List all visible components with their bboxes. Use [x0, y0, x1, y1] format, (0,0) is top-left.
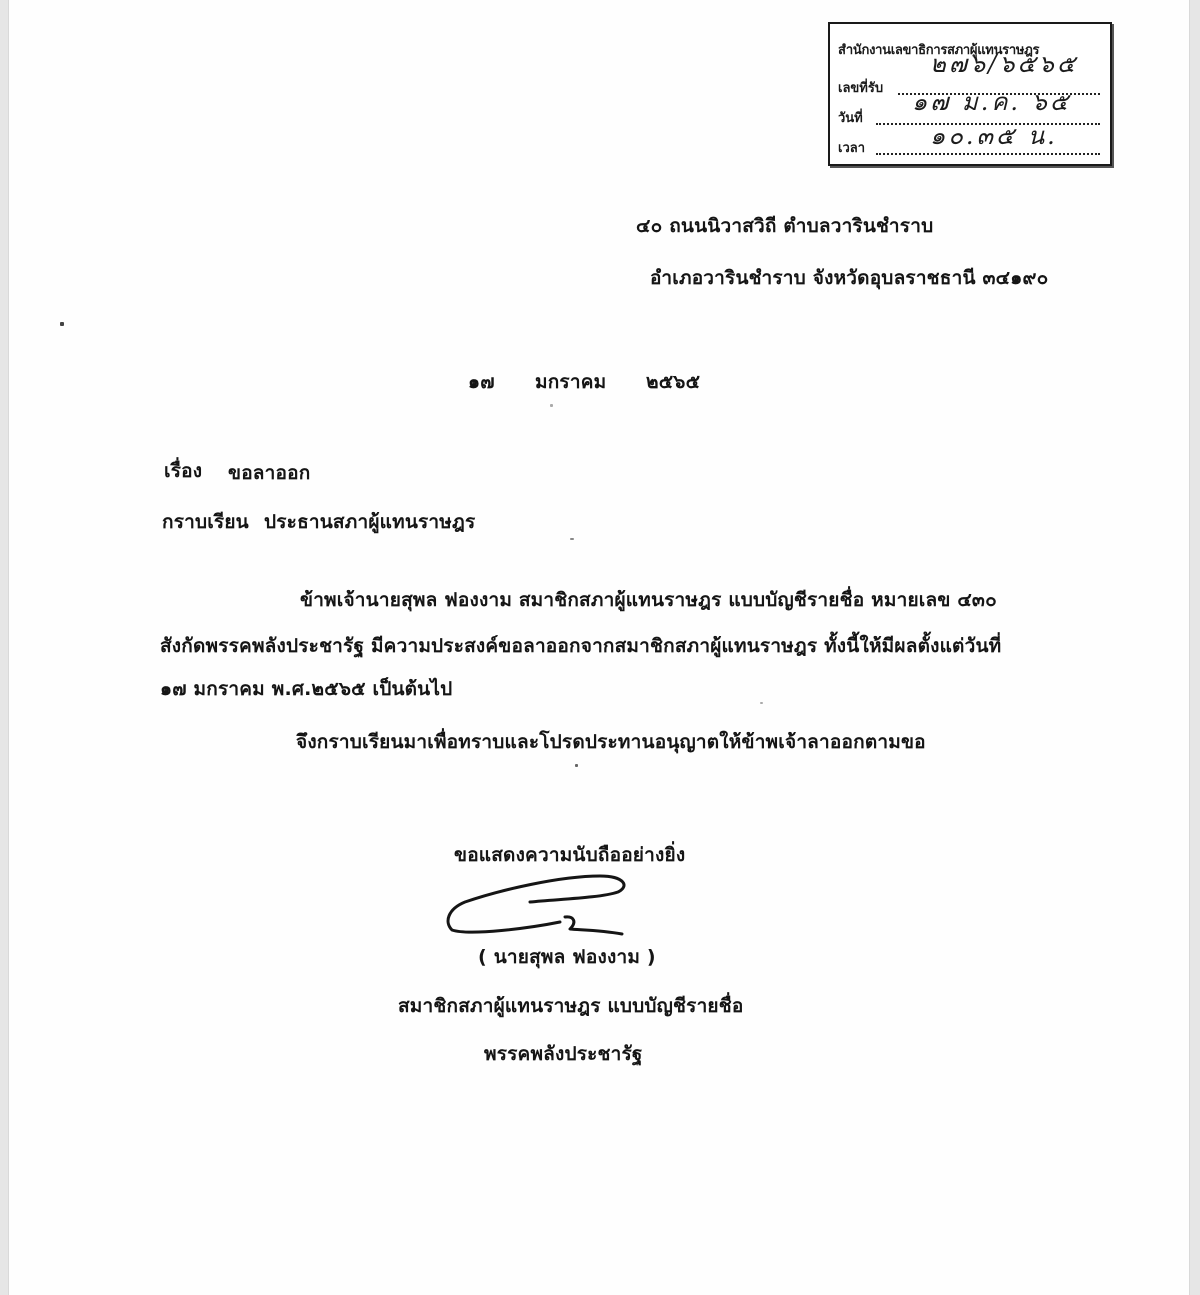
letter-date-month: มกราคม [535, 370, 606, 394]
letter-date-year: ๒๕๖๕ [646, 370, 700, 394]
body-paragraph2: จึงกราบเรียนมาเพื่อทราบและโปรดประทานอนุญ… [296, 730, 926, 754]
signer-name: ( นายสุพล ฟองงาม ) [478, 945, 656, 969]
scan-speck [570, 538, 574, 540]
subject-label: เรื่อง [164, 459, 202, 483]
signer-position: สมาชิกสภาผู้แทนราษฎร แบบบัญชีรายชื่อ [398, 994, 743, 1018]
scan-speck [575, 764, 578, 767]
scan-speck [60, 322, 64, 326]
stamp-time-label: เวลา [838, 137, 865, 158]
body-paragraph1-line1: ข้าพเจ้านายสุพล ฟองงาม สมาชิกสภาผู้แทนรา… [300, 588, 997, 612]
stamp-receipt-no-value: ๒๗๖/๖๕๖๕ [930, 44, 1078, 83]
recipient-label: กราบเรียน [162, 510, 249, 534]
scan-speck [550, 404, 553, 407]
sender-address-line1: ๔๐ ถนนนิวาสวิถี ตำบลวารินชำราบ [636, 214, 933, 238]
letter-date-day: ๑๗ [468, 370, 495, 394]
letter-page: สำนักงานเลขาธิการสภาผู้แทนราษฎร เลขที่รั… [8, 0, 1190, 1295]
sender-address-line2: อำเภอวารินชำราบ จังหวัดอุบลราชธานี ๓๔๑๙๐ [650, 266, 1048, 290]
stamp-receipt-no-label: เลขที่รับ [838, 77, 883, 98]
recipient-value: ประธานสภาผู้แทนราษฎร [264, 510, 475, 534]
scan-speck [760, 702, 763, 704]
stamp-time-value: ๑๐.๓๕ น. [930, 116, 1058, 155]
receipt-stamp: สำนักงานเลขาธิการสภาผู้แทนราษฎร เลขที่รั… [828, 22, 1112, 166]
body-paragraph1-line3: ๑๗ มกราคม พ.ศ.๒๕๖๕ เป็นต้นไป [160, 677, 452, 701]
closing-salutation: ขอแสดงความนับถืออย่างยิ่ง [454, 843, 685, 867]
subject-value: ขอลาออก [228, 461, 310, 485]
body-paragraph1-line2: สังกัดพรรคพลังประชารัฐ มีความประสงค์ขอลา… [160, 634, 1001, 658]
signature-image [440, 872, 630, 942]
signer-party: พรรคพลังประชารัฐ [484, 1042, 643, 1066]
stamp-date-label: วันที่ [838, 107, 863, 128]
